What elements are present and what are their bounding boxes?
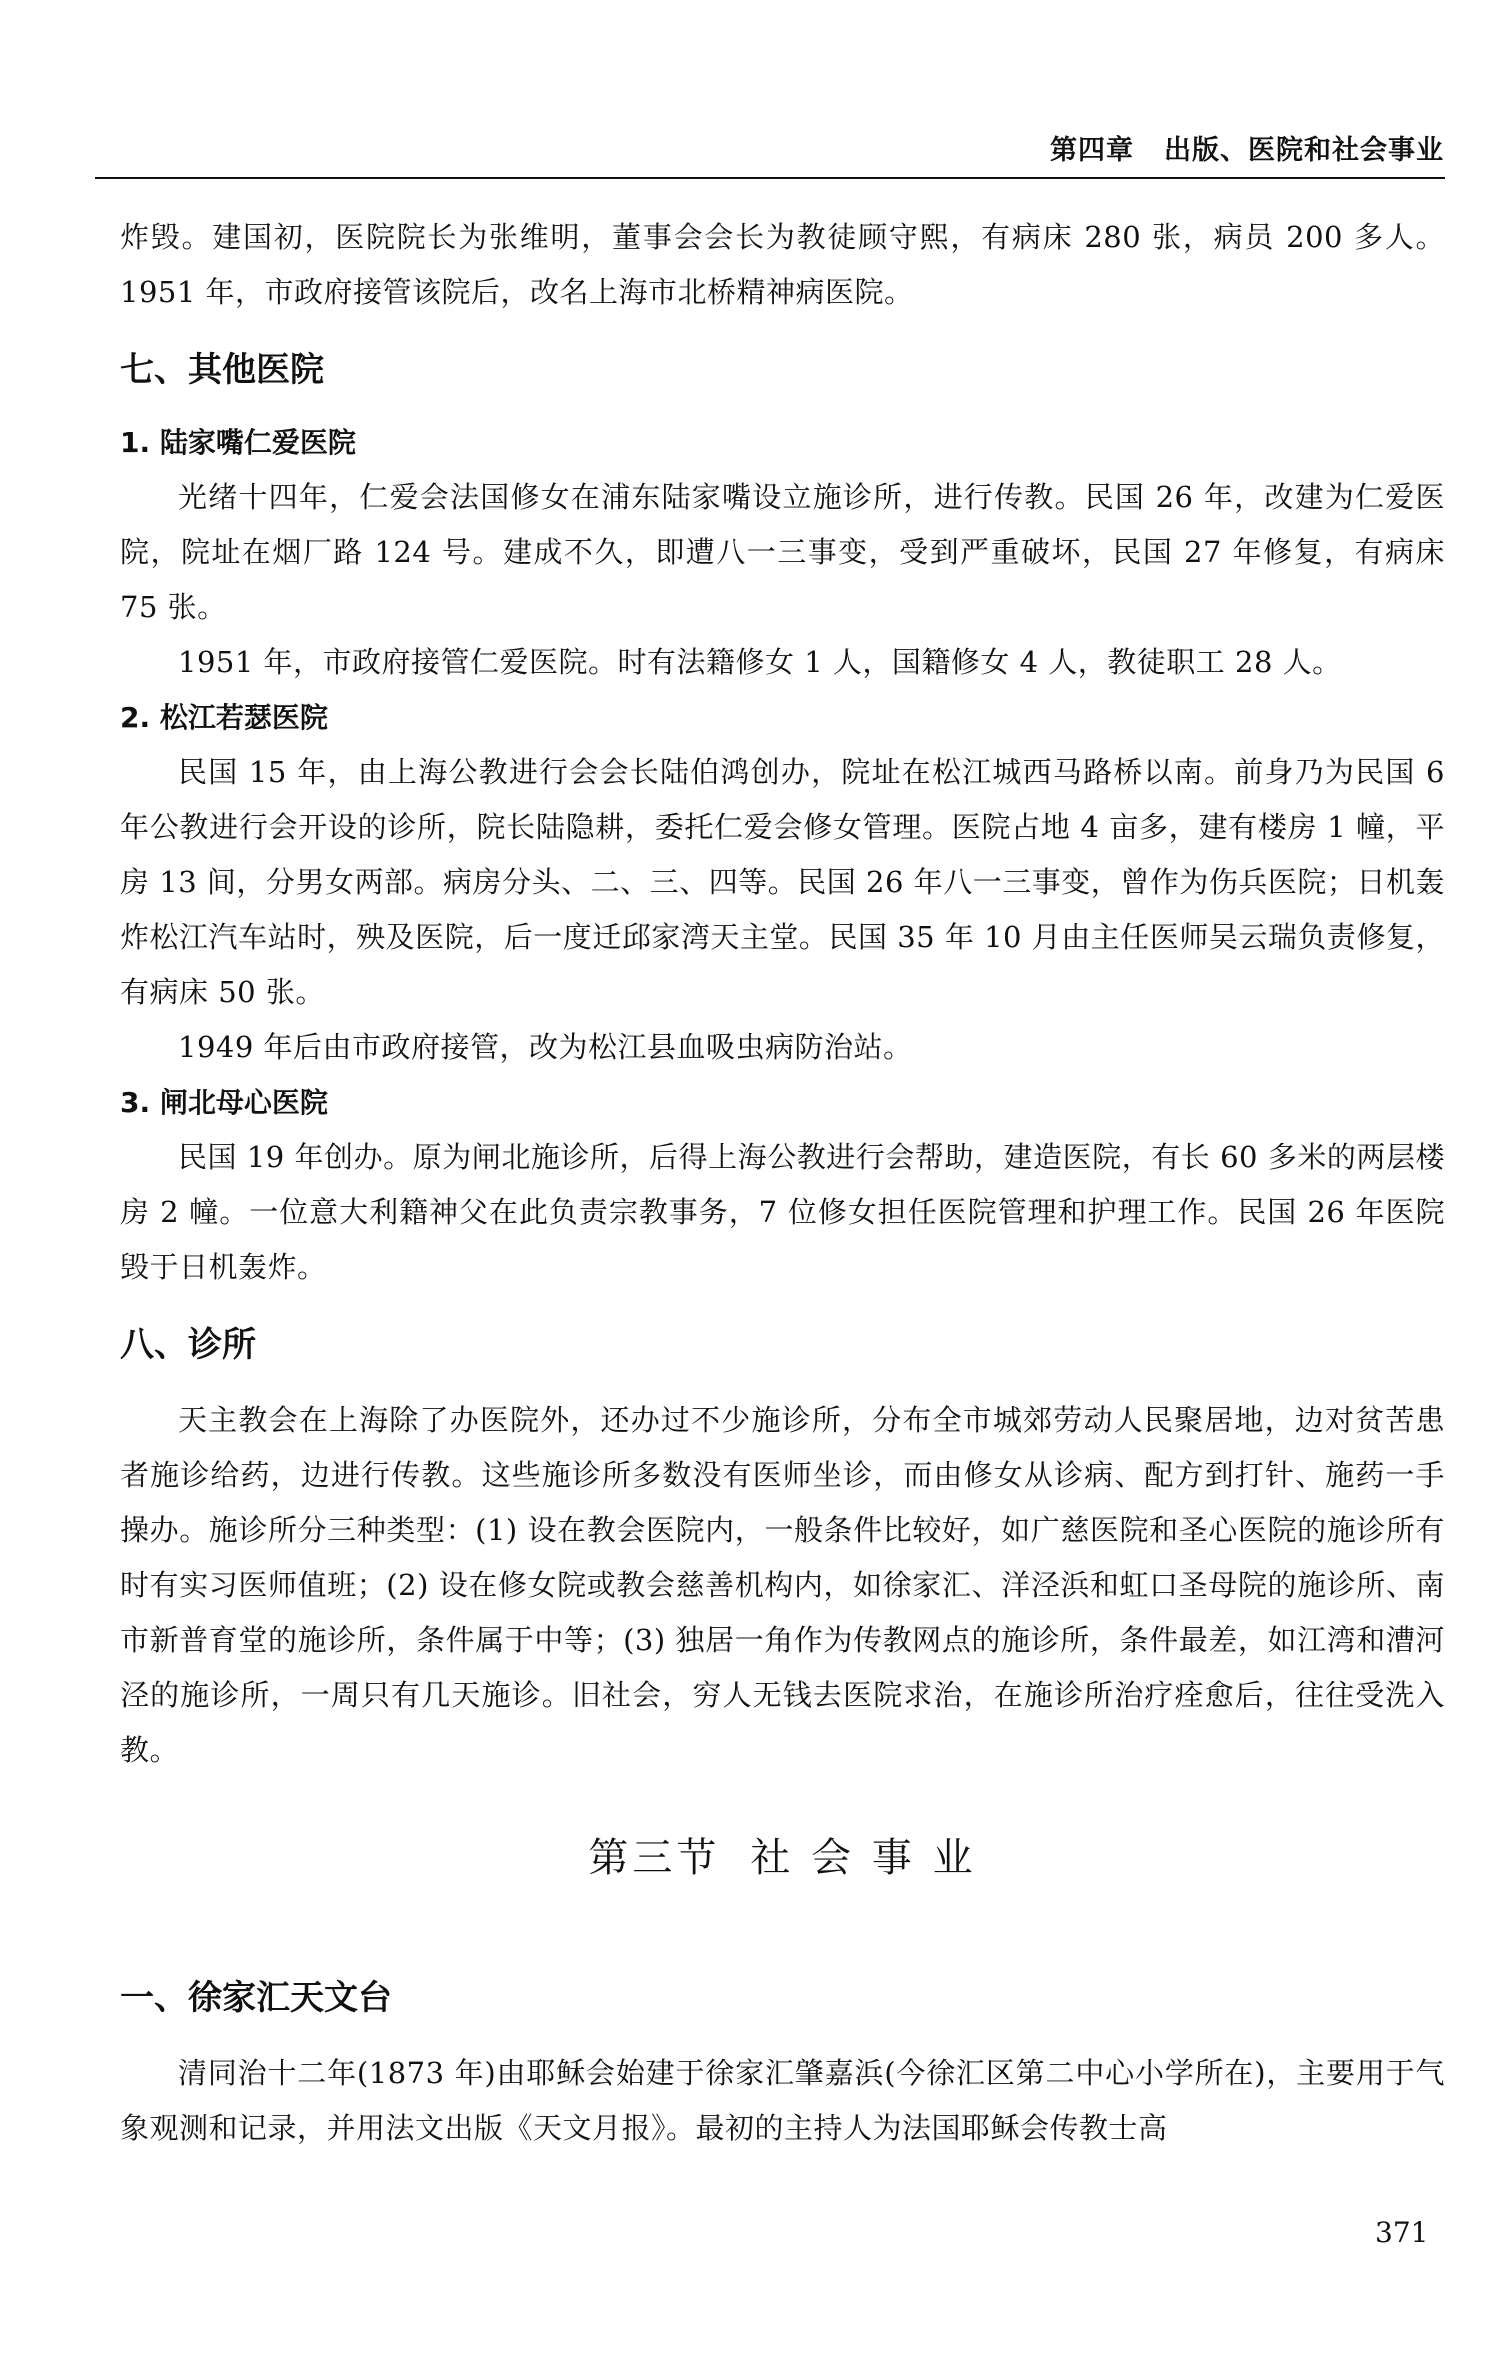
page-body: 炸毁。建国初，医院院长为张维明，董事会会长为教徒顾守熙，有病床 280 张，病员… [120,210,1445,2156]
subheading-songjiang-hospital: 2. 松江若瑟医院 [120,690,1445,745]
chapter-title: 出版、医院和社会事业 [1164,135,1444,166]
section-heading-observatory: 一、徐家汇天文台 [120,1978,1445,2018]
paragraph-continued: 炸毁。建国初，医院院长为张维明，董事会会长为教徒顾守熙，有病床 280 张，病员… [120,210,1445,320]
chapter-number: 第四章 [1050,135,1134,166]
subheading-zhabei-hospital: 3. 闸北母心医院 [120,1075,1445,1130]
section-title: 第三节社 会 事 业 [120,1828,1445,1888]
paragraph: 民国 15 年，由上海公教进行会会长陆伯鸿创办，院址在松江城西马路桥以南。前身乃… [120,745,1445,1020]
section-heading-other-hospitals: 七、其他医院 [120,350,1445,390]
paragraph: 1951 年，市政府接管仁爱医院。时有法籍修女 1 人，国籍修女 4 人，教徒职… [120,635,1445,690]
page-number: 371 [1375,2216,1428,2249]
running-header: 第四章出版、医院和社会事业 [0,128,1444,167]
header-rule [95,177,1445,179]
paragraph: 1949 年后由市政府接管，改为松江县血吸虫病防治站。 [120,1020,1445,1075]
paragraph: 光绪十四年，仁爱会法国修女在浦东陆家嘴设立施诊所，进行传教。民国 26 年，改建… [120,470,1445,635]
paragraph: 民国 19 年创办。原为闸北施诊所，后得上海公教进行会帮助，建造医院，有长 60… [120,1130,1445,1295]
paragraph: 天主教会在上海除了办医院外，还办过不少施诊所，分布全市城郊劳动人民聚居地，边对贫… [120,1393,1445,1778]
section-name: 社 会 事 业 [750,1835,976,1881]
section-number: 第三节 [588,1835,720,1881]
subheading-lujiazui-hospital: 1. 陆家嘴仁爱医院 [120,415,1445,470]
section-heading-clinics: 八、诊所 [120,1325,1445,1365]
paragraph: 清同治十二年(1873 年)由耶稣会始建于徐家汇肇嘉浜(今徐汇区第二中心小学所在… [120,2046,1445,2156]
